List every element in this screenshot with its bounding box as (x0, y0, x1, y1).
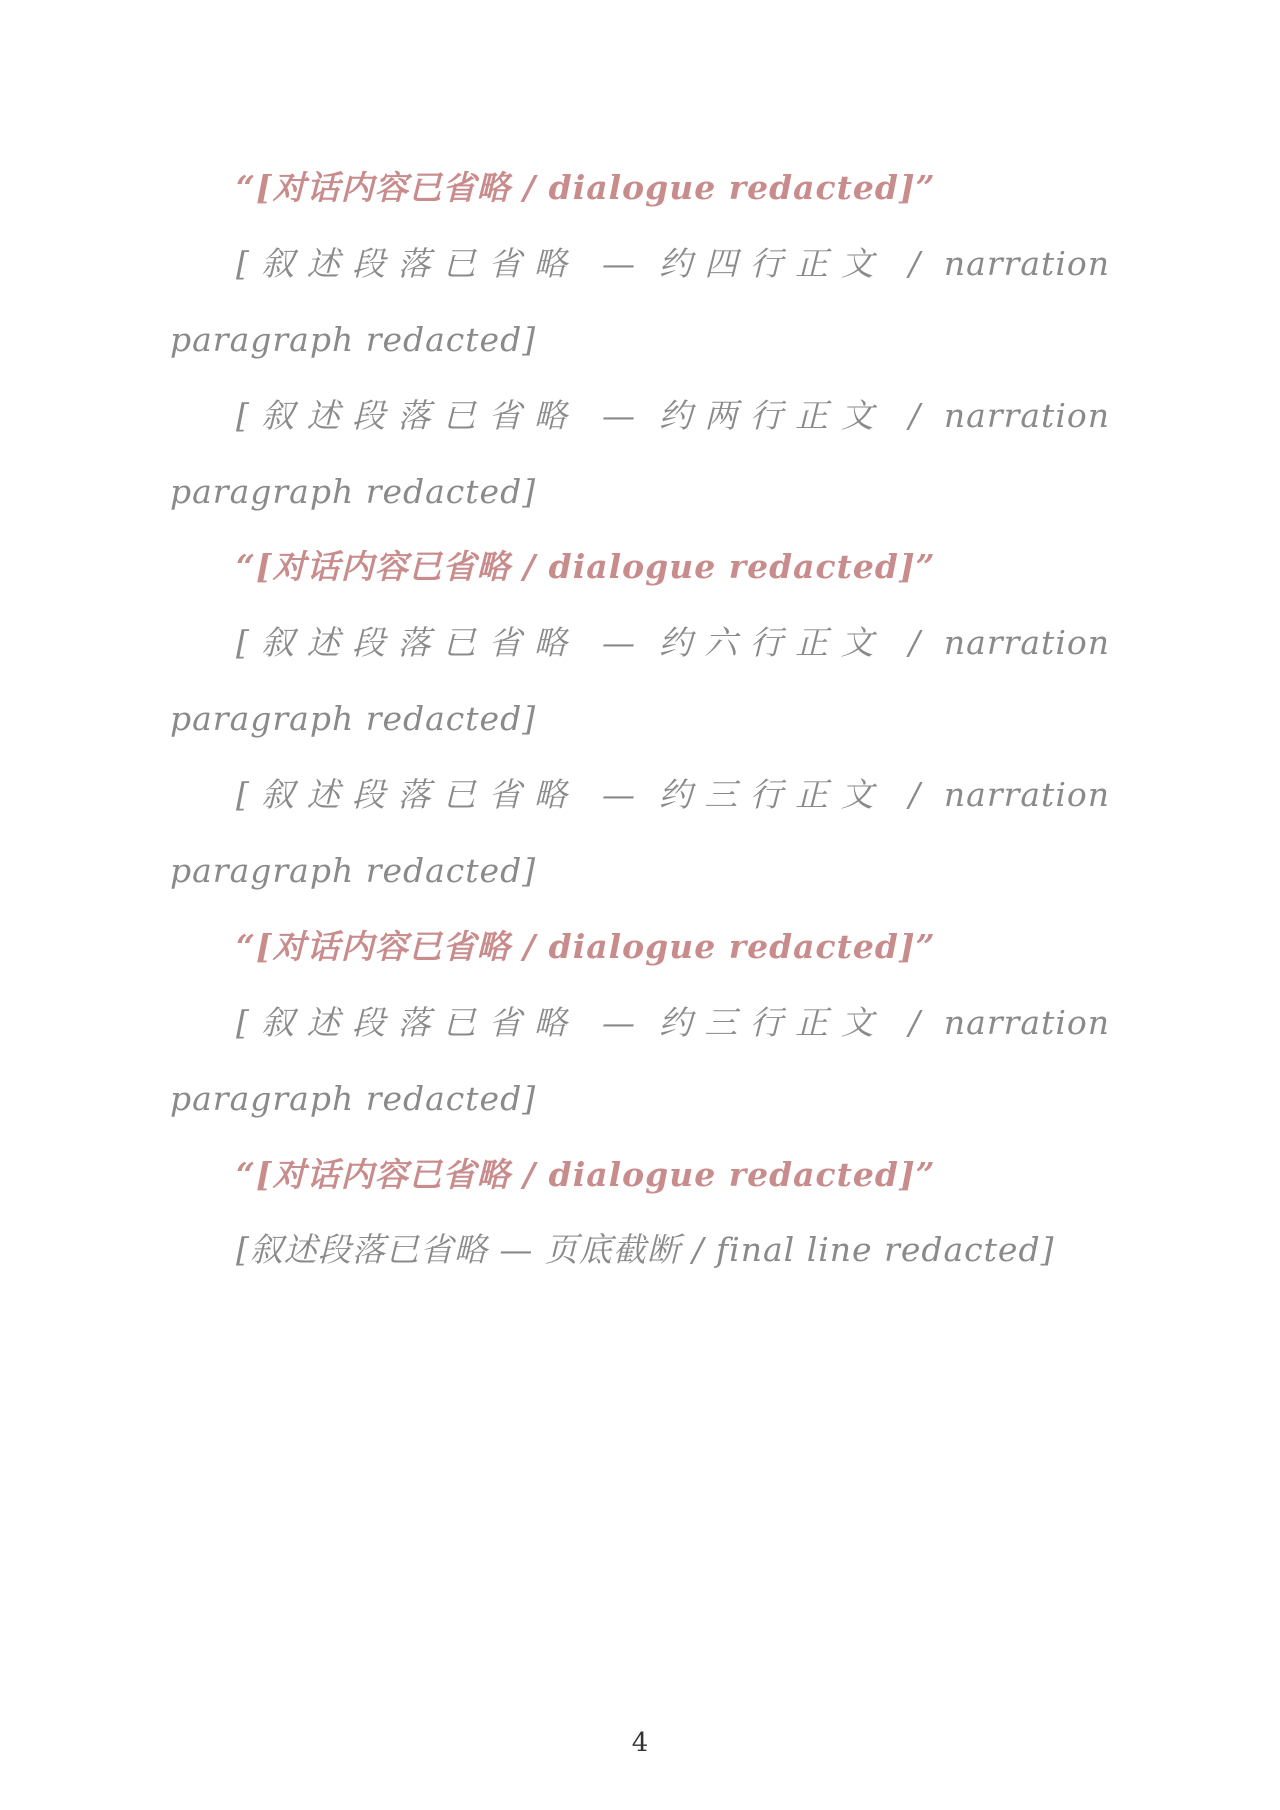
body-paragraph: [叙述段落已省略 — 约三行正文 / narration paragraph r… (170, 757, 1110, 909)
dialogue-paragraph: “[对话内容已省略 / dialogue redacted]” (170, 150, 1110, 226)
page-number: 4 (0, 1728, 1280, 1758)
text-block: “[对话内容已省略 / dialogue redacted]”[叙述段落已省略 … (170, 150, 1110, 1288)
document-page: “[对话内容已省略 / dialogue redacted]”[叙述段落已省略 … (0, 0, 1280, 1810)
body-paragraph: [叙述段落已省略 — 约三行正文 / narration paragraph r… (170, 985, 1110, 1137)
body-paragraph: [叙述段落已省略 — 约两行正文 / narration paragraph r… (170, 378, 1110, 530)
body-paragraph: [叙述段落已省略 — 约六行正文 / narration paragraph r… (170, 605, 1110, 757)
body-paragraph: [叙述段落已省略 — 页底截断 / final line redacted] (170, 1212, 1110, 1288)
dialogue-paragraph: “[对话内容已省略 / dialogue redacted]” (170, 529, 1110, 605)
dialogue-paragraph: “[对话内容已省略 / dialogue redacted]” (170, 1137, 1110, 1213)
body-paragraph: [叙述段落已省略 — 约四行正文 / narration paragraph r… (170, 226, 1110, 378)
dialogue-paragraph: “[对话内容已省略 / dialogue redacted]” (170, 909, 1110, 985)
